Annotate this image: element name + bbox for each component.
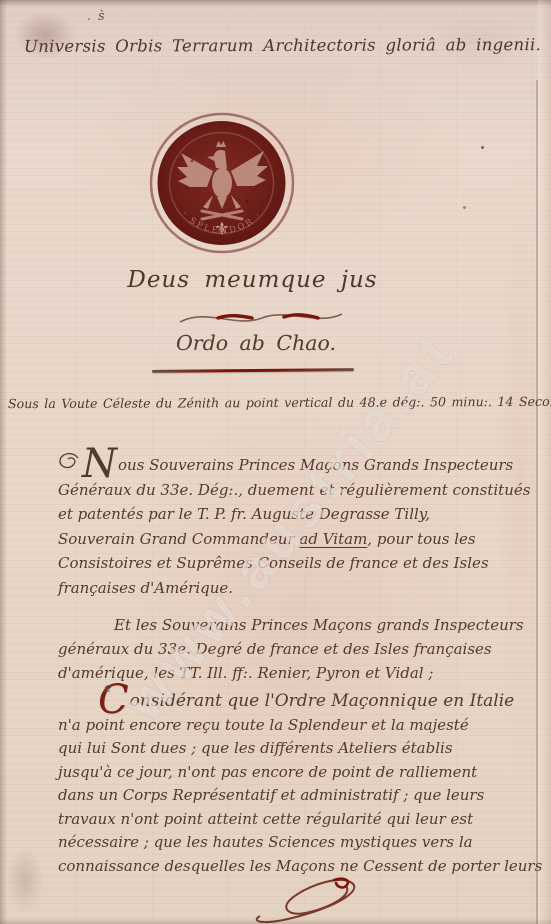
pen-flourish-icon — [58, 452, 80, 472]
ink-spot — [463, 206, 466, 209]
correction-mark: e — [104, 677, 112, 701]
paragraph-line-text: Souverain Grand Commandeur — [58, 530, 299, 548]
paragraph-line: nécessaire ; que les hautes Sciences mys… — [58, 831, 528, 855]
paragraph-line-text: onsidérant que l'Ordre Maçonnique en Ita… — [130, 691, 515, 711]
manuscript-page: s̀ Universis Orbis Terrarum Architectori… — [0, 0, 551, 924]
red-rule-divider — [152, 368, 354, 373]
motto-deus-meumque-jus: Deus meumque jus — [0, 267, 505, 293]
paragraph-line: qui lui Sont dues ; que les différents A… — [58, 737, 528, 761]
motto-ordo-ab-chao: Ordo ab Chao. — [0, 331, 512, 355]
paragraph-considerant: eConsidérant que l'Ordre Maçonnique en I… — [58, 690, 528, 878]
ink-spot — [88, 18, 90, 20]
paragraph-line: Souverain Grand Commandeur ad Vitam, pou… — [58, 527, 528, 552]
paragraph-line: travaux n'ont point atteint cette régula… — [58, 808, 528, 832]
signature-paraph — [246, 876, 376, 924]
page-edge-left — [0, 0, 7, 924]
paragraph-line: eConsidérant que l'Ordre Maçonnique en I… — [58, 690, 528, 714]
paragraph-line-text: ous Souverains Princes Maçons Grands Ins… — [118, 456, 513, 474]
pen-flourish-divider — [176, 306, 346, 332]
fold-line — [536, 80, 538, 924]
page-edge-right — [538, 0, 551, 924]
paragraph-line: dans un Corps Représentatif et administr… — [58, 784, 528, 808]
drop-cap-c: C — [98, 677, 129, 723]
paragraph-line: connaissance desquelles les Maçons ne Ce… — [58, 855, 528, 879]
paragraph-line: Et les Souverains Princes Maçons grands … — [58, 613, 528, 637]
paragraph-line: et patentés par le T. P. fr. Auguste Deg… — [58, 502, 528, 527]
corner-mark: s̀ — [98, 9, 105, 24]
paragraph-line: Généraux du 33e. Dég:., duement et régul… — [58, 478, 528, 503]
latitude-line: Sous la Voute Céleste du Zénith au point… — [8, 394, 548, 411]
ink-spot — [481, 146, 484, 149]
paragraph-line: jusqu'à ce jour, n'ont pas encore de poi… — [58, 761, 528, 785]
underlined-ad-vitam: ad Vitam — [299, 530, 367, 548]
paragraph-line: Consistoires et Suprêmes Conseils de fra… — [58, 551, 528, 576]
paragraph-preamble: Nous Souverains Princes Maçons Grands In… — [58, 452, 528, 600]
paragraph-line: généraux du 33e. Degré de france et des … — [58, 637, 528, 661]
paragraph-signatories: Et les Souverains Princes Maçons grands … — [58, 613, 528, 685]
paragraph-line: Nous Souverains Princes Maçons Grands In… — [58, 452, 528, 478]
paragraph-line: françaises d'Amérique. — [58, 576, 528, 601]
paragraph-line-text: , pour tous les — [367, 530, 475, 548]
wax-seal-stamp: ⚜ · SPLENDOR · — [147, 111, 297, 257]
header-latin-line: Universis Orbis Terrarum Architectoris g… — [24, 35, 529, 56]
page-edge-top — [0, 0, 551, 7]
